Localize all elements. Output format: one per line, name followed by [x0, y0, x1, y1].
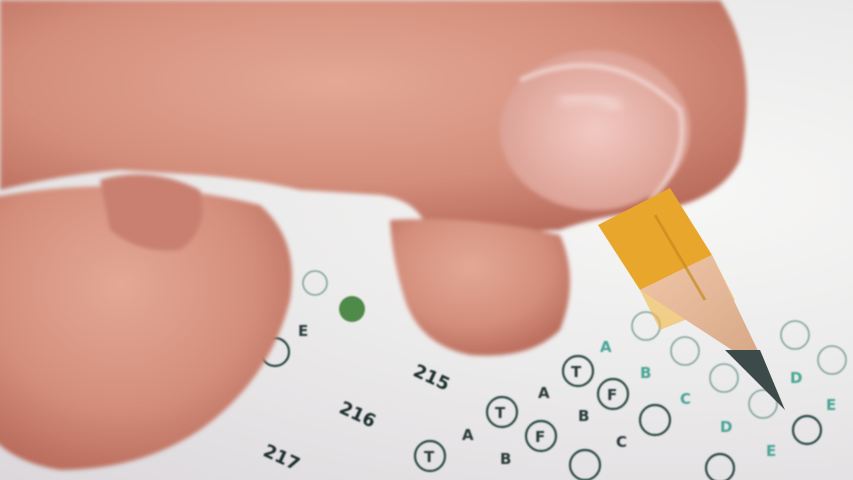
svg-text:A: A — [600, 338, 612, 356]
svg-text:E: E — [298, 322, 308, 340]
svg-text:C: C — [616, 433, 627, 451]
svg-text:E: E — [766, 442, 776, 460]
svg-text:F: F — [535, 428, 545, 446]
pencil — [598, 188, 785, 410]
photo-scene: 215 216 217 TF TF T ABC AB EEE D ABC DE … — [0, 0, 853, 480]
svg-text:B: B — [578, 407, 589, 425]
svg-text:D: D — [790, 369, 802, 387]
svg-text:C: C — [680, 390, 691, 408]
svg-text:B: B — [640, 364, 651, 382]
svg-text:T: T — [424, 448, 435, 466]
question-number-215: 215 — [410, 360, 453, 395]
photo-illustration: 215 216 217 TF TF T ABC AB EEE D ABC DE … — [0, 0, 853, 480]
svg-text:D: D — [720, 418, 732, 436]
svg-text:A: A — [538, 384, 550, 402]
svg-text:T: T — [571, 363, 582, 381]
svg-text:T: T — [495, 404, 506, 422]
question-number-217: 217 — [260, 440, 303, 475]
svg-text:A: A — [462, 426, 474, 444]
svg-text:B: B — [500, 450, 511, 468]
svg-text:E: E — [826, 396, 836, 414]
svg-text:F: F — [607, 386, 617, 404]
question-number-216: 216 — [336, 397, 379, 432]
